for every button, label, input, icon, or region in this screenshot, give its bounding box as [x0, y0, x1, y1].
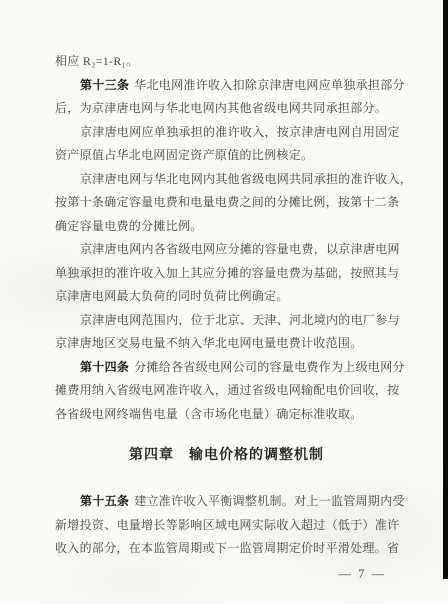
- body-line: 后，为京津唐电网与华北电网内其他省级电网共同承担部分。: [55, 97, 398, 121]
- scan-edge-bar: [443, 0, 448, 579]
- body-line: 单独承担的准许收入加上其应分摊的容量电费为基础，按照其与: [55, 262, 398, 286]
- article-line-13: 第十三条华北电网准许收入扣除京津唐电网应单独承担部分: [55, 74, 398, 98]
- section-15: 第十五条建立准许收入平衡调整机制。对上一监管周期内受 新增投资、电量增长等影响区…: [55, 490, 398, 561]
- article-line-14: 第十四条分摊给各省级电网公司的容量电费作为上级电网分: [55, 356, 398, 380]
- chapter-heading: 第四章 输电价格的调整机制: [55, 444, 398, 468]
- document-body: 相应 R₂=1-R₁。 第十三条华北电网准许收入扣除京津唐电网应单独承担部分 后…: [55, 50, 398, 582]
- line-text: 分摊给各省级电网公司的容量电费作为上级电网分: [134, 360, 405, 374]
- page-number: — 7 —: [55, 567, 398, 582]
- body-line: 摊费用纳入省级电网准许收入，通过省级电网输配电价回收，按: [55, 379, 398, 403]
- body-line: 京津唐电网最大负荷的同时负荷比例确定。: [55, 285, 398, 309]
- body-line: 京津唐地区交易电量不纳入华北电网电量电费计收范围。: [55, 332, 398, 356]
- body-line: 京津唐电网应单独承担的准许收入，按京津唐电网自用固定: [55, 121, 398, 145]
- body-line: 按第十条确定容量电费和电量电费之间的分摊比例，按第十二条: [55, 191, 398, 215]
- body-line: 相应 R₂=1-R₁。: [55, 50, 398, 74]
- body-line: 京津唐电网范围内，位于北京、天津、河北境内的电厂参与: [55, 309, 398, 333]
- body-line: 资产原值占华北电网固定资产原值的比例核定。: [55, 144, 398, 168]
- article-line-15: 第十五条建立准许收入平衡调整机制。对上一监管周期内受: [55, 490, 398, 514]
- line-text: 华北电网准许收入扣除京津唐电网应单独承担部分: [134, 78, 405, 92]
- article-number: 第十五条: [80, 494, 129, 508]
- body-line: 收入的部分，在本监管周期或下一监管周期定价时平滑处理。省: [55, 537, 398, 561]
- body-line: 京津唐电网内各省级电网应分摊的容量电费，以京津唐电网: [55, 238, 398, 262]
- body-line: 确定容量电费的分摊比例。: [55, 215, 398, 239]
- article-number: 第十三条: [80, 78, 129, 92]
- body-line: 新增投资、电量增长等影响区域电网实际收入超过（低于）准许: [55, 514, 398, 538]
- body-line: 京津唐电网与华北电网内其他省级电网共同承担的准许收入，: [55, 168, 398, 192]
- line-text: 建立准许收入平衡调整机制。对上一监管周期内受: [134, 494, 405, 508]
- document-page: 相应 R₂=1-R₁。 第十三条华北电网准许收入扣除京津唐电网应单独承担部分 后…: [0, 0, 448, 604]
- body-line: 各省级电网终端售电量（含市场化电量）确定标准收取。: [55, 403, 398, 427]
- article-number: 第十四条: [80, 360, 129, 374]
